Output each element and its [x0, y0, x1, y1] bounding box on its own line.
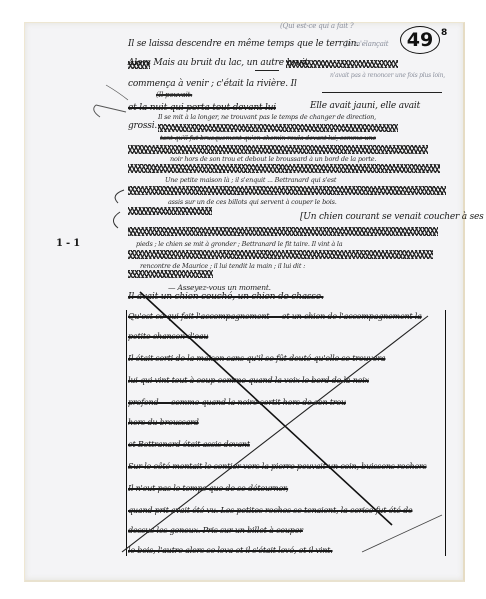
- cross-out-x-strokes: [0, 0, 486, 599]
- left-margin-marks: 1 - 1: [56, 238, 80, 249]
